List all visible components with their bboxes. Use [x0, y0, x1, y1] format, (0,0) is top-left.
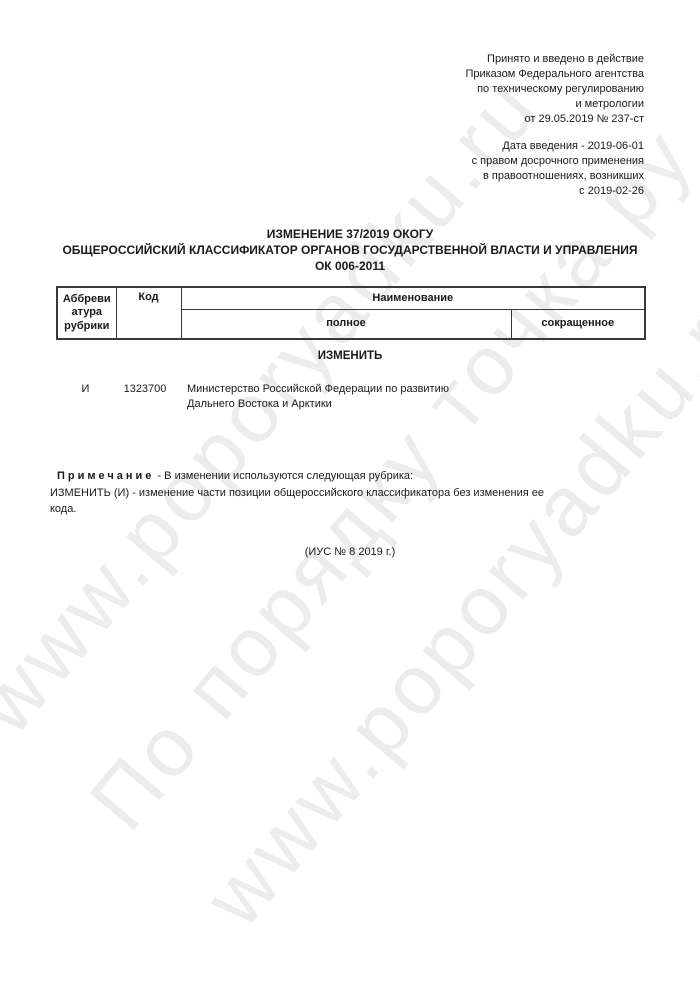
note: Примечание - В изменении используются сл… — [50, 468, 640, 518]
introduction-line: с правом досрочного применения — [465, 154, 644, 169]
document-page: www.poporyadku.ru По порядку точка ру ww… — [0, 0, 700, 990]
header-cell-abbreviation: Аббреви атура рубрики — [57, 287, 116, 339]
note-label: Примечание — [57, 470, 154, 482]
header-cell-name-short: сокращенное — [511, 310, 645, 340]
row-abbreviation: И — [56, 382, 115, 397]
introduction-line: Дата введения - 2019-06-01 — [465, 139, 644, 154]
classifier-header-table: Аббреви атура рубрики Код Наименование п… — [56, 286, 646, 340]
header-gap — [465, 127, 644, 139]
header-cell-name: Наименование — [181, 287, 645, 310]
ius-reference: (ИУС № 8 2019 г.) — [0, 546, 700, 558]
acceptance-block: Принято и введено в действие Приказом Фе… — [465, 52, 644, 199]
header-cell-name-full: полное — [181, 310, 511, 340]
row-full-name: Министерство Российской Федерации по раз… — [187, 382, 517, 412]
document-title: ИЗМЕНЕНИЕ 37/2019 ОКОГУ ОБЩЕРОССИЙСКИЙ К… — [0, 226, 700, 274]
header-cell-code: Код — [116, 287, 181, 339]
acceptance-line: Принято и введено в действие — [465, 52, 644, 67]
acceptance-line: по техническому регулированию — [465, 82, 644, 97]
introduction-line: с 2019-02-26 — [465, 184, 644, 199]
section-heading-change: ИЗМЕНИТЬ — [56, 350, 644, 362]
introduction-line: в правоотношениях, возникших — [465, 169, 644, 184]
acceptance-line: от 29.05.2019 № 237-ст — [465, 112, 644, 127]
row-code: 1323700 — [112, 382, 178, 397]
acceptance-line: Приказом Федерального агентства — [465, 67, 644, 82]
acceptance-line: и метрологии — [465, 97, 644, 112]
document-content: Принято и введено в действие Приказом Фе… — [0, 0, 700, 990]
